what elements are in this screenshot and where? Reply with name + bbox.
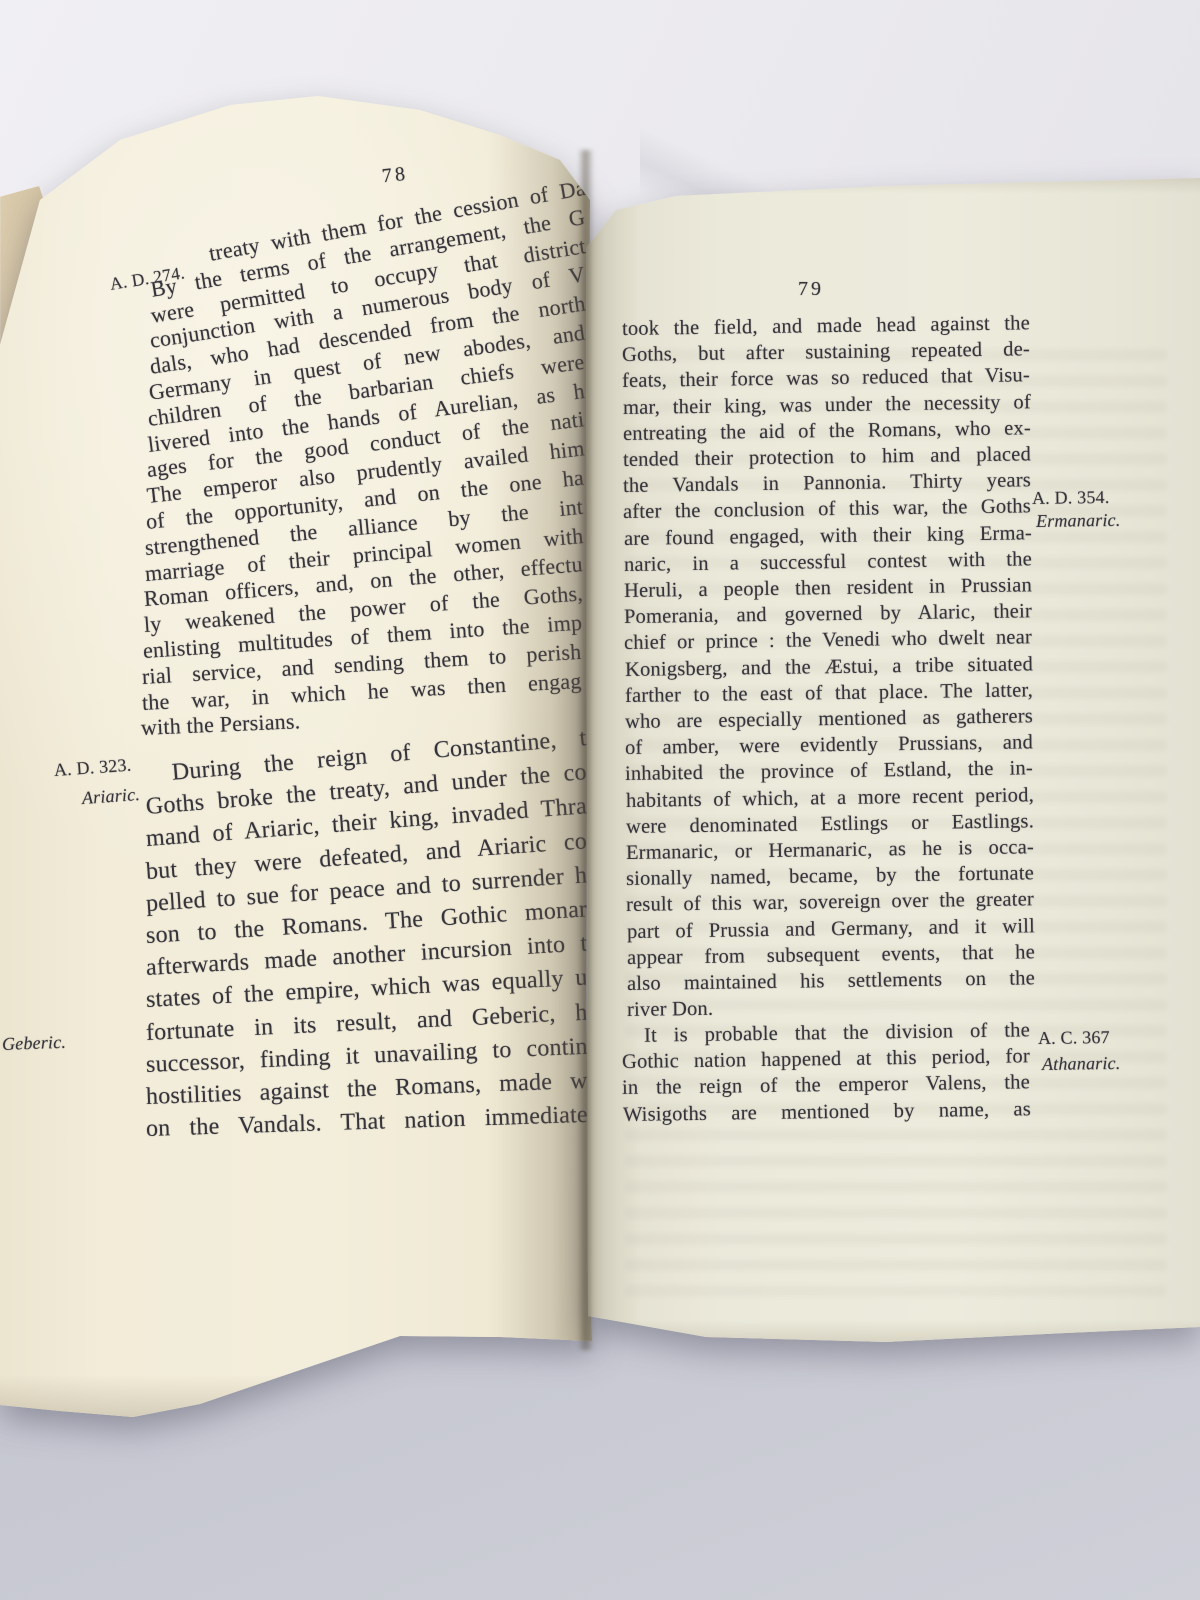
- text-line: pelled to sue for peace and to surrender…: [145, 862, 588, 917]
- text-line: result of this war, sovereign over the g…: [626, 889, 1034, 918]
- text-line: Konigsberg, and the Æstui, a tribe situa…: [624, 653, 1032, 682]
- text-line: dals, who had descended from the north: [148, 292, 587, 379]
- text-line: after the conclusion of this war, the Go…: [623, 496, 1031, 525]
- text-line: hostilities against the Romans, made w: [146, 1068, 589, 1110]
- text-line: the war, in which he was then engag: [141, 669, 582, 715]
- margin-note-ad-323: A. D. 323.: [53, 755, 132, 781]
- text-line: Wisigoths are mentioned by name, as: [622, 1098, 1030, 1127]
- book-gutter-shadow: [578, 150, 594, 1350]
- show-through-texture: [626, 350, 1166, 1310]
- text-line: conjunction with a numerous body of V: [148, 263, 587, 354]
- text-line: ly weakened the power of the Goths,: [143, 582, 584, 638]
- text-line: By the terms of the arrangement, the G: [149, 205, 587, 302]
- text-line: appear from subsequent events, that he: [627, 941, 1035, 970]
- text-line: river Don.: [627, 993, 1035, 1022]
- text-line: naric, in a successful contest with the: [624, 548, 1032, 577]
- text-line: sionally named, became, by the fortunate: [626, 862, 1034, 891]
- text-line: Germany in quest of new abodes, and: [147, 321, 586, 405]
- text-line: entreating the aid of the Romans, who ex…: [623, 417, 1031, 446]
- margin-note-ad-354: A. D. 354.: [1032, 487, 1110, 509]
- text-line: successor, finding it unavailing to cont…: [145, 1034, 588, 1078]
- text-line: The emperor also prudently availed him: [145, 437, 585, 509]
- text-line: of the opportunity, and on the one ha: [145, 466, 585, 534]
- text-line: also maintained his settlements on the: [627, 967, 1035, 996]
- text-line: but they were defeated, and Ariaric co: [145, 828, 588, 885]
- text-line: son to the Romans. The Gothic monar: [145, 896, 588, 949]
- text-line: mar, their king, was under the necessity…: [622, 391, 1030, 420]
- text-line: were denominated Estlings or Eastlings.: [626, 810, 1034, 839]
- text-line: of amber, were evidently Prussians, and: [625, 731, 1033, 760]
- text-line: were permitted to occupy that district: [149, 234, 587, 328]
- margin-note-ariaric: Ariaric.: [81, 784, 140, 809]
- text-line: Goths broke the treaty, and under the co: [145, 759, 588, 820]
- text-line: During the reign of Constantine, t: [145, 725, 588, 788]
- text-line: livered into the hands of Aurelian, as h: [146, 379, 586, 457]
- text-line: afterwards made another incursion into t: [145, 931, 588, 981]
- margin-note-ad-274: A. D. 274.: [108, 262, 186, 295]
- text-line: who are especially mentioned as gatherer…: [625, 705, 1033, 734]
- margin-note-ermanaric: Ermanaric.: [1036, 510, 1121, 532]
- page-number-78: 78: [381, 163, 409, 189]
- left-page-surface: 78 A. D. 274. A. D. 323. Ariaric. Geberi…: [0, 88, 594, 1428]
- text-line: Ermanaric, or Hermanaric, as he is occa-: [626, 836, 1034, 865]
- text-line: tended their protection to him and place…: [623, 443, 1031, 472]
- text-line: in the reign of the emperor Valens, the: [622, 1072, 1030, 1101]
- text-line: are found engaged, with their king Erma-: [623, 522, 1031, 551]
- text-line: Goths, but after sustaining repeated de-: [622, 338, 1030, 367]
- text-line: part of Prussia and Germany, and it will: [626, 915, 1034, 944]
- text-line: took the field, and made head against th…: [622, 312, 1030, 341]
- left-page: 78 A. D. 274. A. D. 323. Ariaric. Geberi…: [0, 88, 594, 1428]
- text-line: mand of Ariaric, their king, invaded Thr…: [145, 794, 588, 853]
- text-line: Roman officers, and, on the other, effec…: [143, 553, 584, 612]
- text-line: Heruli, a people then resident in Prussi…: [624, 574, 1032, 603]
- text-line: rial service, and sending them to perish: [142, 640, 583, 689]
- text-line: Gothic nation happened at this period, f…: [622, 1045, 1030, 1074]
- photo-open-book: { "book": { "left_page": { "page_number"…: [0, 0, 1200, 1600]
- text-line: chief or prince : the Venedi who dwelt n…: [624, 627, 1032, 656]
- text-line: ages for the good conduct of the nati: [146, 408, 586, 483]
- text-line: states of the empire, which was equally …: [145, 965, 588, 1013]
- text-line: the Vandals in Pannonia. Thirty years: [623, 469, 1031, 498]
- text-line: farther to the east of that place. The l…: [625, 679, 1033, 708]
- text-line: treaty with them for the cession of Da: [150, 176, 587, 276]
- text-line: habitants of which, at a more recent per…: [625, 784, 1033, 813]
- text-line: with the Persians.: [141, 698, 582, 741]
- text-line: inhabited the province of Estland, the i…: [625, 758, 1033, 787]
- text-line: children of the barbarian chiefs were: [147, 350, 586, 431]
- text-line: Pomerania, and governed by Alaric, their: [624, 600, 1032, 629]
- right-page-surface: 79 A. D. 354. Ermanaric. A. C. 367 Athan…: [586, 170, 1200, 1355]
- text-line: on the Vandals. That nation immediate: [146, 1102, 589, 1142]
- text-line: strengthened the alliance by the int: [144, 495, 584, 560]
- text-line: It is probable that the division of the: [622, 1019, 1030, 1048]
- text-line: enlisting multitudes of them into the im…: [142, 611, 583, 663]
- right-page: 79 A. D. 354. Ermanaric. A. C. 367 Athan…: [586, 170, 1200, 1355]
- page-number-79: 79: [798, 278, 824, 301]
- text-line: fortunate in its result, and Geberic, h: [145, 999, 588, 1045]
- margin-note-geberic: Geberic.: [2, 1032, 67, 1055]
- text-line: feats, their force was so reduced that V…: [622, 365, 1030, 394]
- margin-note-athanaric: Athanaric.: [1042, 1053, 1121, 1075]
- margin-note-ac-367: A. C. 367: [1038, 1027, 1110, 1049]
- text-line: marriage of their principal women with: [144, 524, 584, 586]
